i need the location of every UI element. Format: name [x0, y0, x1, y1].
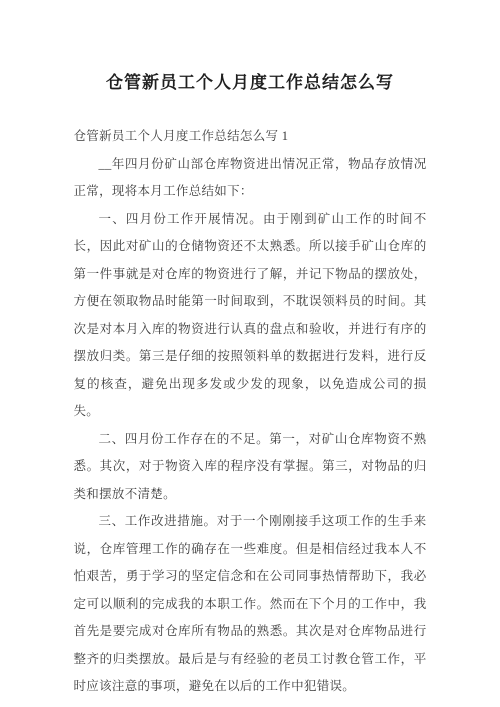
document-title: 仓管新员工个人月度工作总结怎么写 — [0, 11, 500, 95]
paragraph-intro: __年四月份矿山部仓库物资进出情况正常，物品存放情况正常，现将本月工作总结如下： — [74, 151, 427, 206]
document-body: 仓管新员工个人月度工作总结怎么写 1 __年四月份矿山部仓库物资进出情况正常，物… — [74, 123, 427, 701]
document-subtitle: 仓管新员工个人月度工作总结怎么写 1 — [74, 123, 427, 151]
paragraph-work-progress: 一、四月份工作开展情况。由于刚到矿山工作的时间不长，因此对矿山的仓储物资还不太熟… — [74, 206, 427, 426]
paragraph-improvements: 三、工作改进措施。对于一个刚刚接手这项工作的生手来说，仓库管理工作的确存在一些难… — [74, 508, 427, 701]
paragraph-shortcomings: 二、四月份工作存在的不足。第一，对矿山仓库物资不熟悉。其次，对于物资入库的程序没… — [74, 426, 427, 509]
document-page: 仓管新员工个人月度工作总结怎么写 仓管新员工个人月度工作总结怎么写 1 __年四… — [0, 0, 500, 707]
